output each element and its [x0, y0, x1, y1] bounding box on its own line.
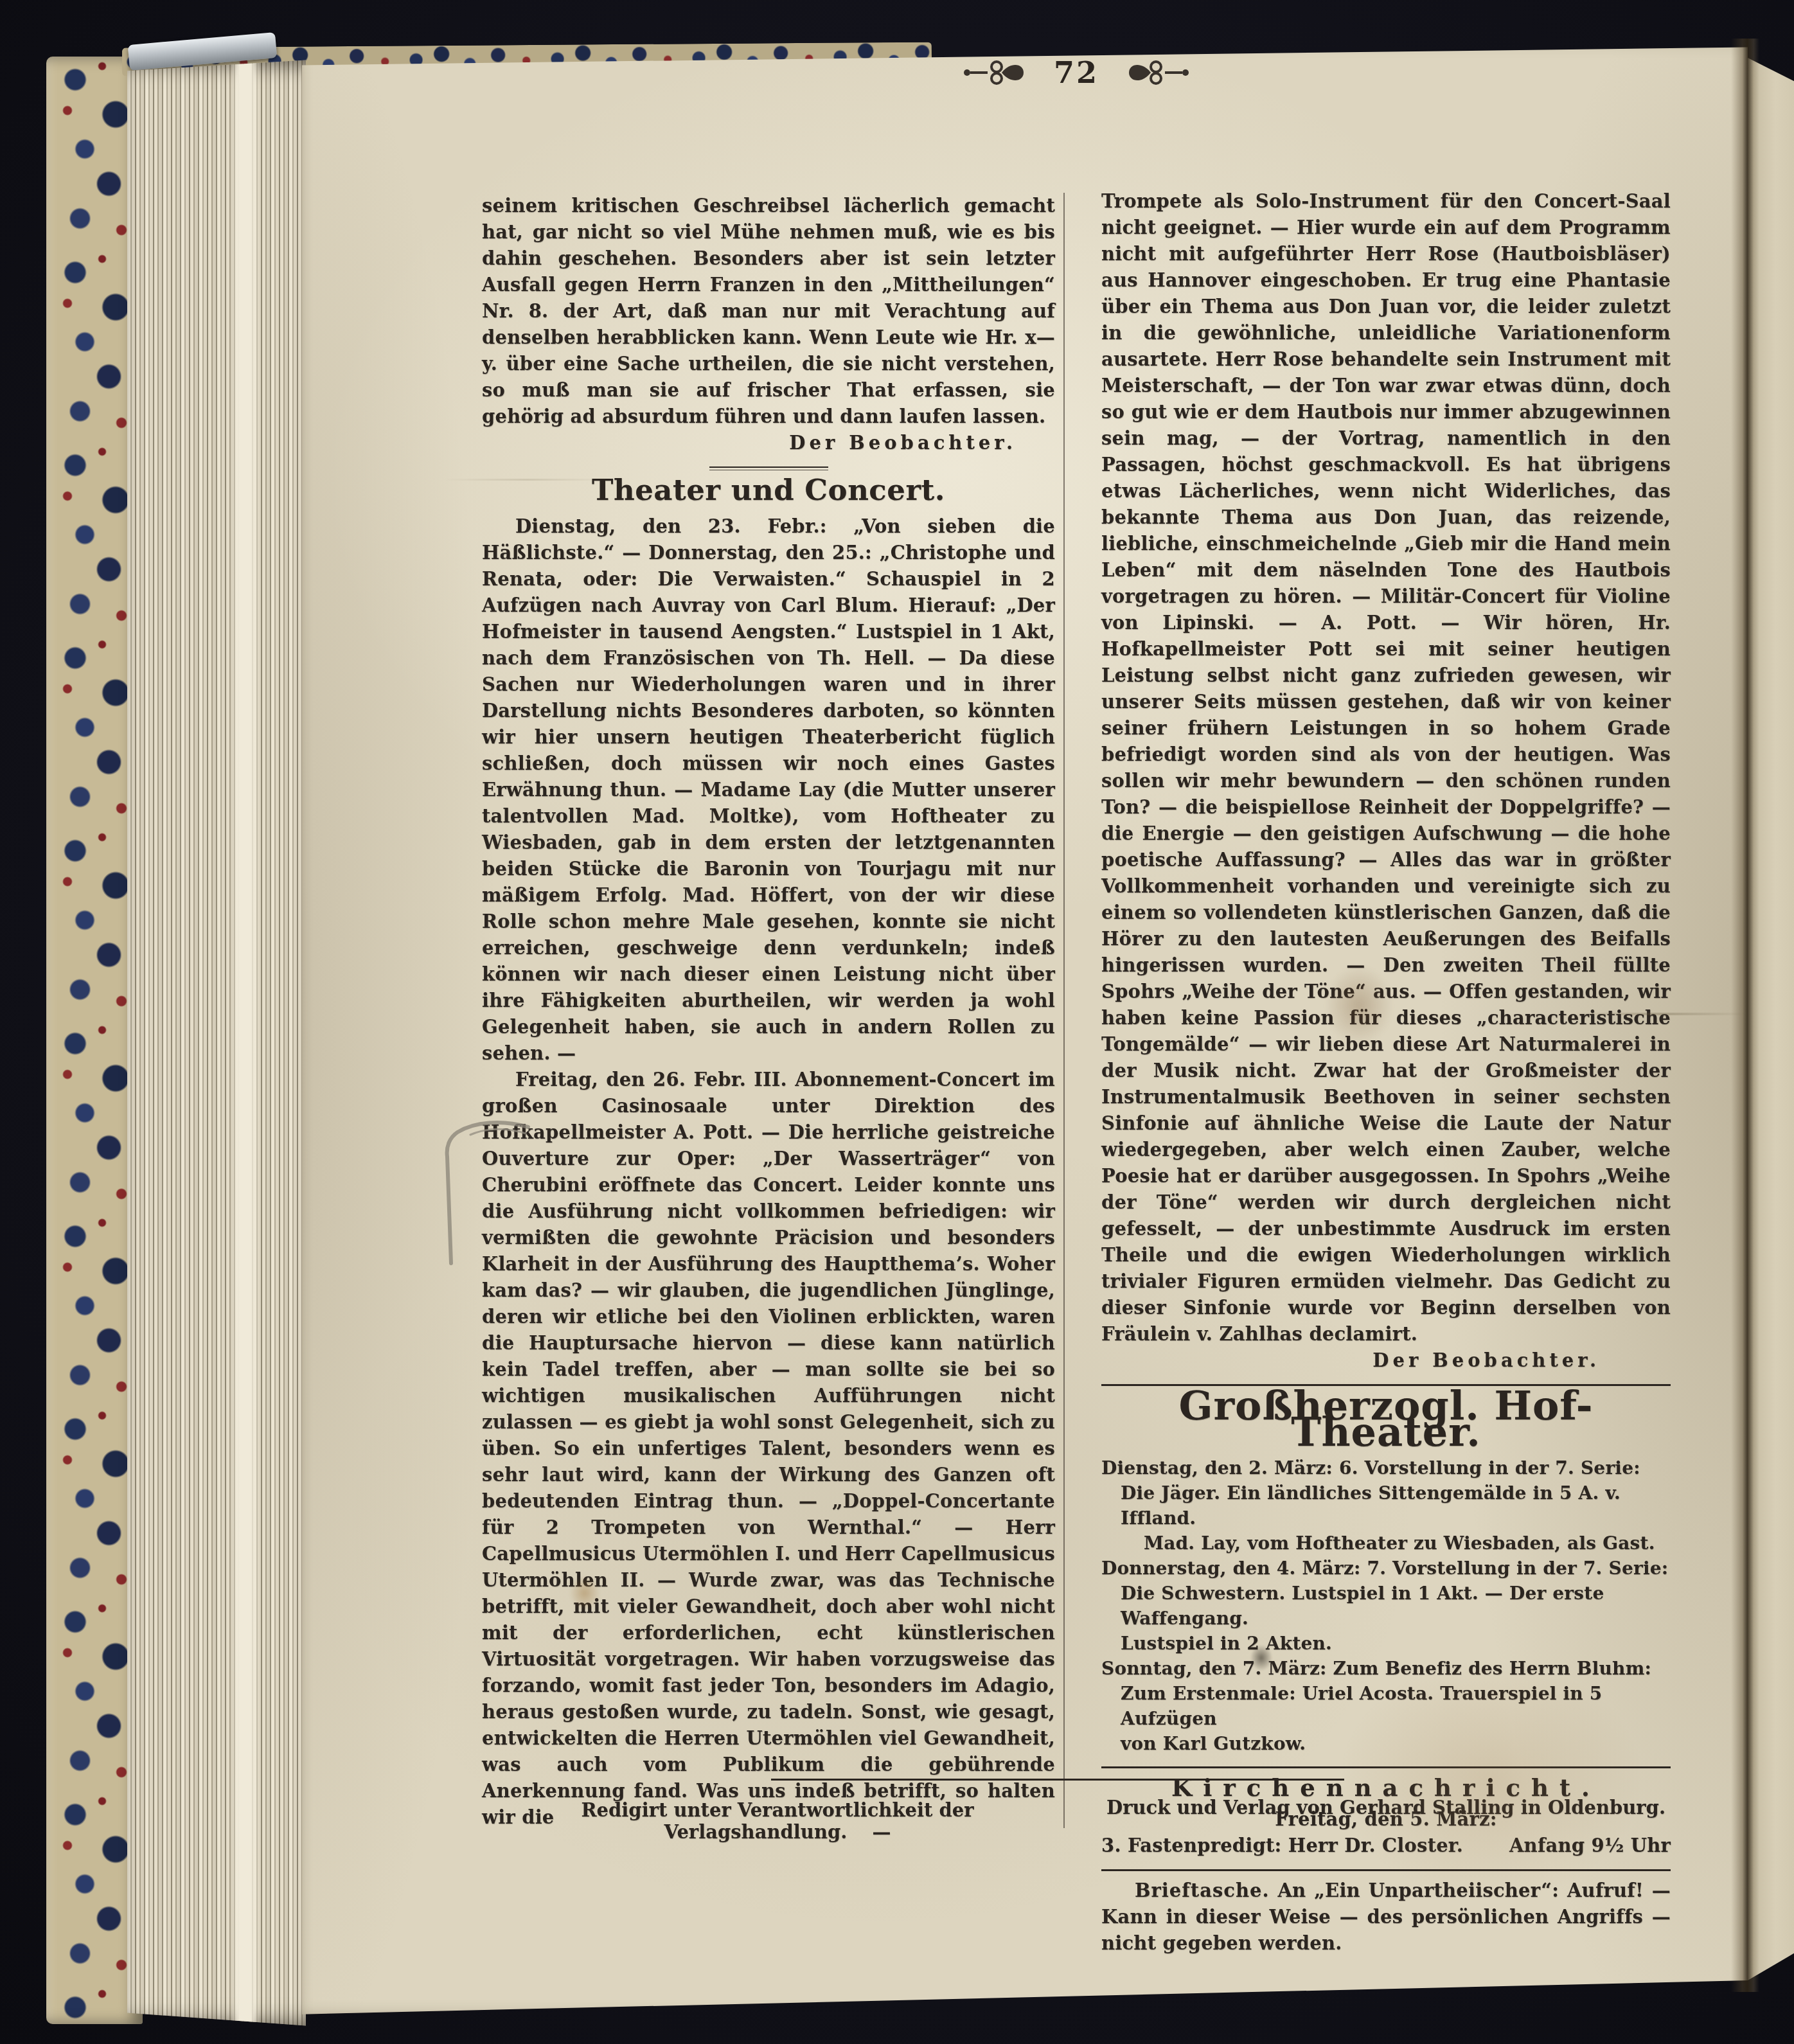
- footer-imprint-right: Druck und Verlag von Gerhard Stalling in…: [1101, 1797, 1671, 1818]
- theater-schedule-entry: Dienstag, den 2. März: 6. Vorstellung in…: [1101, 1455, 1671, 1480]
- theater-schedule-entry: Die Schwestern. Lustspiel in 1 Akt. — De…: [1101, 1581, 1671, 1631]
- footer-imprint-left: Redigirt unter Verantwortlichkeit der Ve…: [495, 1799, 1060, 1843]
- footer-rule: [771, 1779, 1344, 1781]
- theater-schedule-entry: von Karl Gutzkow.: [1101, 1731, 1671, 1756]
- printer-ornament-left-icon: [962, 58, 1029, 87]
- right-paragraph-1: Trompete als Solo-Instrument für den Con…: [1101, 188, 1671, 1347]
- theater-schedule-entry: Mad. Lay, vom Hoftheater zu Wiesbaden, a…: [1101, 1531, 1671, 1556]
- hof-theater-schedule: Dienstag, den 2. März: 6. Vorstellung in…: [1101, 1455, 1671, 1756]
- heading-hof-theater: Großherzogl. Hof-Theater.: [1101, 1392, 1671, 1445]
- page-header: 72: [482, 55, 1671, 90]
- printer-ornament-right-icon: [1124, 58, 1191, 87]
- page-number: 72: [1054, 55, 1099, 90]
- brieftasche-label: Brieftasche.: [1135, 1880, 1270, 1901]
- left-paragraph-1: seinem kritischen Geschreibsel lächerlic…: [482, 193, 1055, 430]
- left-paragraph-3: Freitag, den 26. Febr. III. Abonnement-C…: [482, 1067, 1055, 1831]
- pencil-margin-mark: [437, 1117, 533, 1284]
- kirche-start-time: Anfang 9½ Uhr: [1509, 1833, 1671, 1859]
- column-divider-rule: [1063, 193, 1065, 1828]
- kirche-entry-row: 3. Fastenpredigt: Herr Dr. Closter. Anfa…: [1101, 1833, 1671, 1859]
- theater-schedule-entry: Die Jäger. Ein ländliches Sittengemälde …: [1101, 1480, 1671, 1531]
- right-column: Trompete als Solo-Instrument für den Con…: [1101, 188, 1671, 1957]
- theater-schedule-entry: Lustspiel in 2 Akten.: [1101, 1631, 1671, 1656]
- brieftasche-top-rule: [1101, 1869, 1671, 1871]
- section-separator-rule: [709, 467, 828, 470]
- kirche-top-rule: [1101, 1766, 1671, 1768]
- brieftasche-paragraph: Brieftasche. An „Ein Unpartheiischer“: A…: [1101, 1878, 1671, 1957]
- left-column: seinem kritischen Geschreibsel lächerlic…: [482, 193, 1055, 1831]
- theater-schedule-entry: Sonntag, den 7. März: Zum Benefiz des He…: [1101, 1656, 1671, 1681]
- printed-content: 72 seinem kritischen Geschreibsel lächer…: [0, 0, 1794, 2044]
- section-heading-theater-und-concert: Theater und Concert.: [482, 477, 1055, 503]
- left-paragraph-2: Dienstag, den 23. Febr.: „Von sieben die…: [482, 513, 1055, 1067]
- signature-der-beobachter-2: Der Beobachter.: [1101, 1347, 1671, 1374]
- theater-schedule-entry: Zum Erstenmale: Uriel Acosta. Trauerspie…: [1101, 1681, 1671, 1731]
- theater-schedule-entry: Donnerstag, den 4. März: 7. Vorstellung …: [1101, 1556, 1671, 1581]
- photographed-book-scene: 72 seinem kritischen Geschreibsel lächer…: [0, 0, 1794, 2044]
- signature-der-beobachter-1: Der Beobachter.: [482, 430, 1055, 456]
- kirche-sermon: 3. Fastenpredigt: Herr Dr. Closter.: [1101, 1833, 1463, 1859]
